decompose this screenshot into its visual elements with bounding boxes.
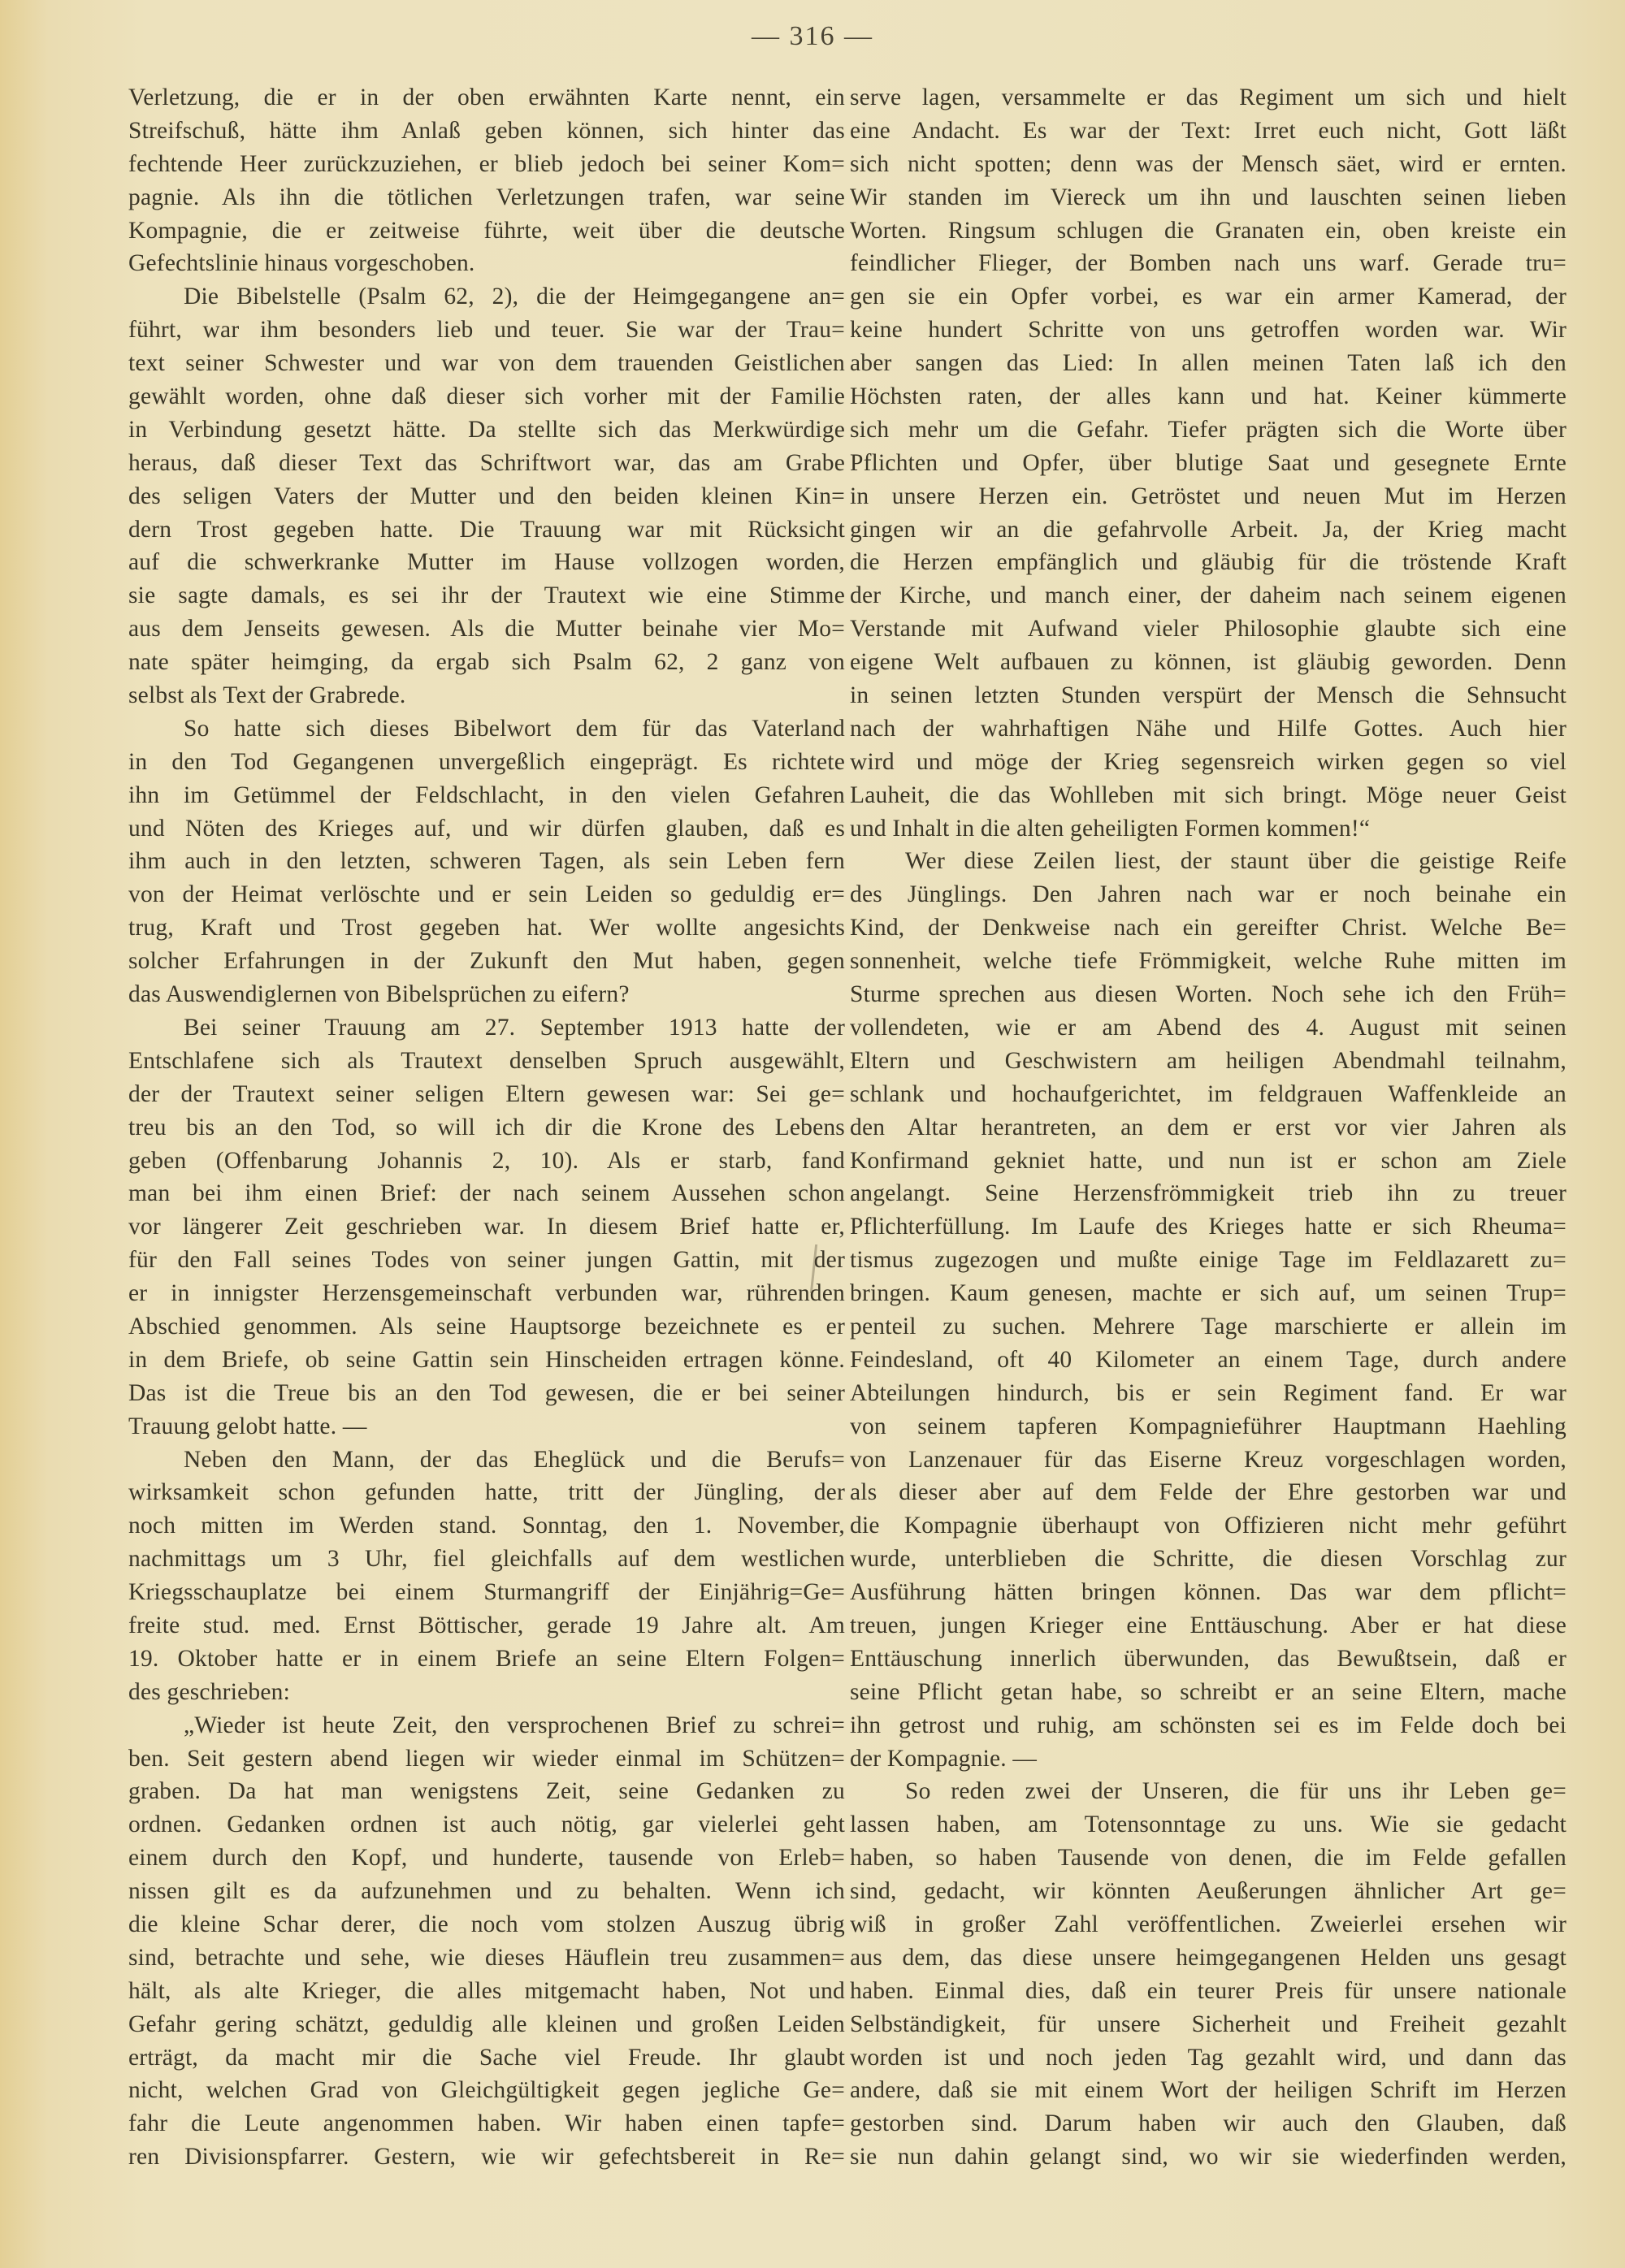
text-line: noch mitten im Werden stand. Sonntag, de… <box>128 1509 845 1543</box>
text-line: treu bis an den Tod, so will ich dir die… <box>128 1111 845 1145</box>
text-line: Wir standen im Viereck um ihn und lausch… <box>850 181 1566 214</box>
text-line: andere, daß sie mit einem Wort der heili… <box>850 2074 1566 2107</box>
text-line: lassen haben, am Totensonntage zu uns. W… <box>850 1808 1566 1842</box>
text-line: man bei ihm einen Brief: der nach seinem… <box>128 1177 845 1210</box>
text-line: den Altar herantreten, an dem er erst vo… <box>850 1111 1566 1145</box>
text-line: keine hundert Schritte von uns getroffen… <box>850 314 1566 347</box>
text-line: Lauheit, die das Wohlleben mit sich brin… <box>850 779 1566 812</box>
page-number: — 316 — <box>0 21 1625 52</box>
text-line: aber sangen das Lied: In allen meinen Ta… <box>850 347 1566 380</box>
text-line: Pflichterfüllung. Im Laufe des Krieges h… <box>850 1210 1566 1244</box>
text-line: dern Trost gegeben hatte. Die Trauung wa… <box>128 513 845 547</box>
text-line: in den Tod Gegangenen unvergeßlich einge… <box>128 746 845 779</box>
text-line: wird und möge der Krieg segensreich wirk… <box>850 746 1566 779</box>
text-line: wurde, unterblieben die Schritte, die di… <box>850 1543 1566 1576</box>
text-line: ihn im Getümmel der Feldschlacht, in den… <box>128 779 845 812</box>
text-line: Enttäuschung innerlich überwunden, das B… <box>850 1643 1566 1676</box>
text-line: graben. Da hat man wenigstens Zeit, sein… <box>128 1775 845 1808</box>
text-line: für den Fall seines Todes von seiner jun… <box>128 1244 845 1277</box>
text-line: ordnen. Gedanken ordnen ist auch nötig, … <box>128 1808 845 1842</box>
text-line: Ausführung hätten bringen können. Das wa… <box>850 1576 1566 1609</box>
text-line: der Kompagnie. — <box>850 1742 1566 1776</box>
text-line: aus dem, das diese unsere heimgegangenen… <box>850 1941 1566 1975</box>
paragraph-first-line: Wer diese Zeilen liest, der staunt über … <box>850 845 1566 878</box>
text-line: Kompagnie, die er zeitweise führte, weit… <box>128 214 845 248</box>
text-line: ihm auch in den letzten, schweren Tagen,… <box>128 845 845 878</box>
text-line: hält, als alte Krieger, die alles mitgem… <box>128 1975 845 2008</box>
text-line: Verletzung, die er in der oben erwähnten… <box>128 81 845 115</box>
text-line: in dem Briefe, ob seine Gattin sein Hins… <box>128 1344 845 1377</box>
text-line: treuen, jungen Krieger eine Enttäuschung… <box>850 1609 1566 1643</box>
text-line: Entschlafene sich als Trautext denselben… <box>128 1045 845 1078</box>
text-line: feindlicher Flieger, der Bomben nach uns… <box>850 247 1566 280</box>
text-line: nicht, welchen Grad von Gleichgültigkeit… <box>128 2074 845 2107</box>
text-line: ben. Seit gestern abend liegen wir wiede… <box>128 1742 845 1776</box>
text-line: Feindesland, oft 40 Kilometer an einem T… <box>850 1344 1566 1377</box>
text-line: in seinen letzten Stunden verspürt der M… <box>850 679 1566 712</box>
text-line: erträgt, da macht mir die Sache viel Fre… <box>128 2041 845 2075</box>
text-line: gen sie ein Opfer vorbei, es war ein arm… <box>850 280 1566 314</box>
text-line: tismus zugezogen und mußte einige Tage i… <box>850 1244 1566 1277</box>
handwritten-margin-mark <box>810 1244 842 1293</box>
text-line: fechtende Heer zurückzuziehen, er blieb … <box>128 148 845 181</box>
text-line: Selbständigkeit, für unsere Sicherheit u… <box>850 2008 1566 2041</box>
text-line: nach der wahrhaftigen Nähe und Hilfe Got… <box>850 712 1566 746</box>
paragraph-first-line: So reden zwei der Unseren, die für uns i… <box>850 1775 1566 1808</box>
text-line: Gefahr gering schätzt, geduldig alle kle… <box>128 2008 845 2041</box>
text-line: ren Divisionspfarrer. Gestern, wie wir g… <box>128 2140 845 2174</box>
text-line: gingen wir an die gefahrvolle Arbeit. Ja… <box>850 513 1566 547</box>
text-line: fahr die Leute angenommen haben. Wir hab… <box>128 2107 845 2140</box>
text-line: er in innigster Herzensgemeinschaft verb… <box>128 1277 845 1310</box>
text-line: des geschrieben: <box>128 1676 845 1709</box>
text-line: der der Trautext seiner seligen Eltern g… <box>128 1078 845 1111</box>
text-line: schlank und hochaufgerichtet, im feldgra… <box>850 1078 1566 1111</box>
text-line: heraus, daß dieser Text das Schriftwort … <box>128 447 845 480</box>
text-line: vor längerer Zeit geschrieben war. In di… <box>128 1210 845 1244</box>
text-line: Höchsten raten, der alles kann und hat. … <box>850 380 1566 413</box>
text-line: wirksamkeit schon gefunden hatte, tritt … <box>128 1476 845 1509</box>
paragraph-first-line: Die Bibelstelle (Psalm 62, 2), die der H… <box>128 280 845 314</box>
text-line: einem durch den Kopf, und hunderte, taus… <box>128 1842 845 1875</box>
text-line: und Nöten des Krieges auf, und wir dürfe… <box>128 812 845 846</box>
text-line: Gefechtslinie hinaus vorgeschoben. <box>128 247 845 280</box>
text-line: wiß in großer Zahl veröffentlichen. Zwei… <box>850 1908 1566 1941</box>
text-line: Kind, der Denkweise nach ein gereifter C… <box>850 911 1566 945</box>
text-line: worden ist und noch jeden Tag gezahlt wi… <box>850 2041 1566 2075</box>
text-line: pagnie. Als ihn die tötlichen Verletzung… <box>128 181 845 214</box>
text-line: Das ist die Treue bis an den Tod gewesen… <box>128 1377 845 1410</box>
text-line: Trauung gelobt hatte. — <box>128 1410 845 1443</box>
text-line: penteil zu suchen. Mehrere Tage marschie… <box>850 1310 1566 1344</box>
paragraph-first-line: „Wieder ist heute Zeit, den versprochene… <box>128 1709 845 1742</box>
paragraph-first-line: Neben den Mann, der das Eheglück und die… <box>128 1443 845 1477</box>
text-line: die kleine Schar derer, die noch vom sto… <box>128 1908 845 1941</box>
text-line: solcher Erfahrungen in der Zukunft den M… <box>128 945 845 978</box>
text-line: text seiner Schwester und war von dem tr… <box>128 347 845 380</box>
text-line: in unsere Herzen ein. Getröstet und neue… <box>850 480 1566 513</box>
text-line: gewählt worden, ohne daß dieser sich vor… <box>128 380 845 413</box>
text-line: vollendeten, wie er am Abend des 4. Augu… <box>850 1011 1566 1045</box>
text-line: Abschied genommen. Als seine Hauptsorge … <box>128 1310 845 1344</box>
text-line: sich mehr um die Gefahr. Tiefer prägten … <box>850 413 1566 447</box>
text-line: von der Heimat verlöschte und er sein Le… <box>128 878 845 911</box>
text-column-left: Verletzung, die er in der oben erwähnten… <box>128 81 845 2174</box>
text-line: die Herzen empfänglich und gläubig für d… <box>850 546 1566 579</box>
text-line: des seligen Vaters der Mutter und den be… <box>128 480 845 513</box>
text-line: eine Andacht. Es war der Text: Irret euc… <box>850 115 1566 148</box>
text-line: Abteilungen hindurch, bis er sein Regime… <box>850 1377 1566 1410</box>
text-line: ihn getrost und ruhig, am schönsten sei … <box>850 1709 1566 1742</box>
text-line: gestorben sind. Darum haben wir auch den… <box>850 2107 1566 2140</box>
text-line: in Verbindung gesetzt hätte. Da stellte … <box>128 413 845 447</box>
text-line: seine Pflicht getan habe, so schreibt er… <box>850 1676 1566 1709</box>
text-line: sie nun dahin gelangt sind, wo wir sie w… <box>850 2140 1566 2174</box>
paragraph-first-line: So hatte sich dieses Bibelwort dem für d… <box>128 712 845 746</box>
text-line: sind, betrachte und sehe, wie dieses Häu… <box>128 1941 845 1975</box>
text-line: und Inhalt in die alten geheiligten Form… <box>850 812 1566 846</box>
text-line: sind, gedacht, wir könnten Aeußerungen ä… <box>850 1875 1566 1908</box>
text-line: eigene Welt aufbauen zu können, ist gläu… <box>850 646 1566 679</box>
text-line: Kriegsschauplatze bei einem Sturmangriff… <box>128 1576 845 1609</box>
text-line: Sturme sprechen aus diesen Worten. Noch … <box>850 978 1566 1011</box>
text-line: führt, war ihm besonders lieb und teuer.… <box>128 314 845 347</box>
text-line: bringen. Kaum genesen, machte er sich au… <box>850 1277 1566 1310</box>
text-line: Konfirmand gekniet hatte, und nun ist er… <box>850 1145 1566 1178</box>
text-line: das Auswendiglernen von Bibelsprüchen zu… <box>128 978 845 1011</box>
text-line: sich nicht spotten; denn was der Mensch … <box>850 148 1566 181</box>
text-line: von Lanzenauer für das Eiserne Kreuz vor… <box>850 1443 1566 1477</box>
text-line: auf die schwerkranke Mutter im Hause vol… <box>128 546 845 579</box>
text-line: nachmittags um 3 Uhr, fiel gleichfalls a… <box>128 1543 845 1576</box>
text-line: haben. Einmal dies, daß ein teurer Preis… <box>850 1975 1566 2008</box>
text-line: Worten. Ringsum schlugen die Granaten ei… <box>850 214 1566 248</box>
text-line: sonnenheit, welche tiefe Frömmigkeit, we… <box>850 945 1566 978</box>
text-line: freite stud. med. Ernst Böttischer, gera… <box>128 1609 845 1643</box>
text-line: der Kirche, und manch einer, der daheim … <box>850 579 1566 612</box>
text-line: die Kompagnie überhaupt von Offizieren n… <box>850 1509 1566 1543</box>
text-line: Streifschuß, hätte ihm Anlaß geben könne… <box>128 115 845 148</box>
text-line: angelangt. Seine Herzensfrömmigkeit trie… <box>850 1177 1566 1210</box>
text-line: selbst als Text der Grabrede. <box>128 679 845 712</box>
text-line: nissen gilt es da aufzunehmen und zu beh… <box>128 1875 845 1908</box>
text-line: 19. Oktober hatte er in einem Briefe an … <box>128 1643 845 1676</box>
text-line: Eltern und Geschwistern am heiligen Aben… <box>850 1045 1566 1078</box>
text-column-right: serve lagen, versammelte er das Regiment… <box>850 81 1566 2174</box>
text-line: Verstande mit Aufwand vieler Philosophie… <box>850 612 1566 646</box>
text-line: geben (Offenbarung Johannis 2, 10). Als … <box>128 1145 845 1178</box>
text-line: Pflichten und Opfer, über blutige Saat u… <box>850 447 1566 480</box>
text-line: sie sagte damals, es sei ihr der Trautex… <box>128 579 845 612</box>
text-line: aus dem Jenseits gewesen. Als die Mutter… <box>128 612 845 646</box>
text-line: nate später heimging, da ergab sich Psal… <box>128 646 845 679</box>
text-line: haben, so haben Tausende von denen, die … <box>850 1842 1566 1875</box>
text-line: serve lagen, versammelte er das Regiment… <box>850 81 1566 115</box>
paragraph-first-line: Bei seiner Trauung am 27. September 1913… <box>128 1011 845 1045</box>
text-line: von seinem tapferen Kompagnieführer Haup… <box>850 1410 1566 1443</box>
text-line: trug, Kraft und Trost gegeben hat. Wer w… <box>128 911 845 945</box>
text-line: des Jünglings. Den Jahren nach war er no… <box>850 878 1566 911</box>
text-line: als dieser aber auf dem Felde der Ehre g… <box>850 1476 1566 1509</box>
